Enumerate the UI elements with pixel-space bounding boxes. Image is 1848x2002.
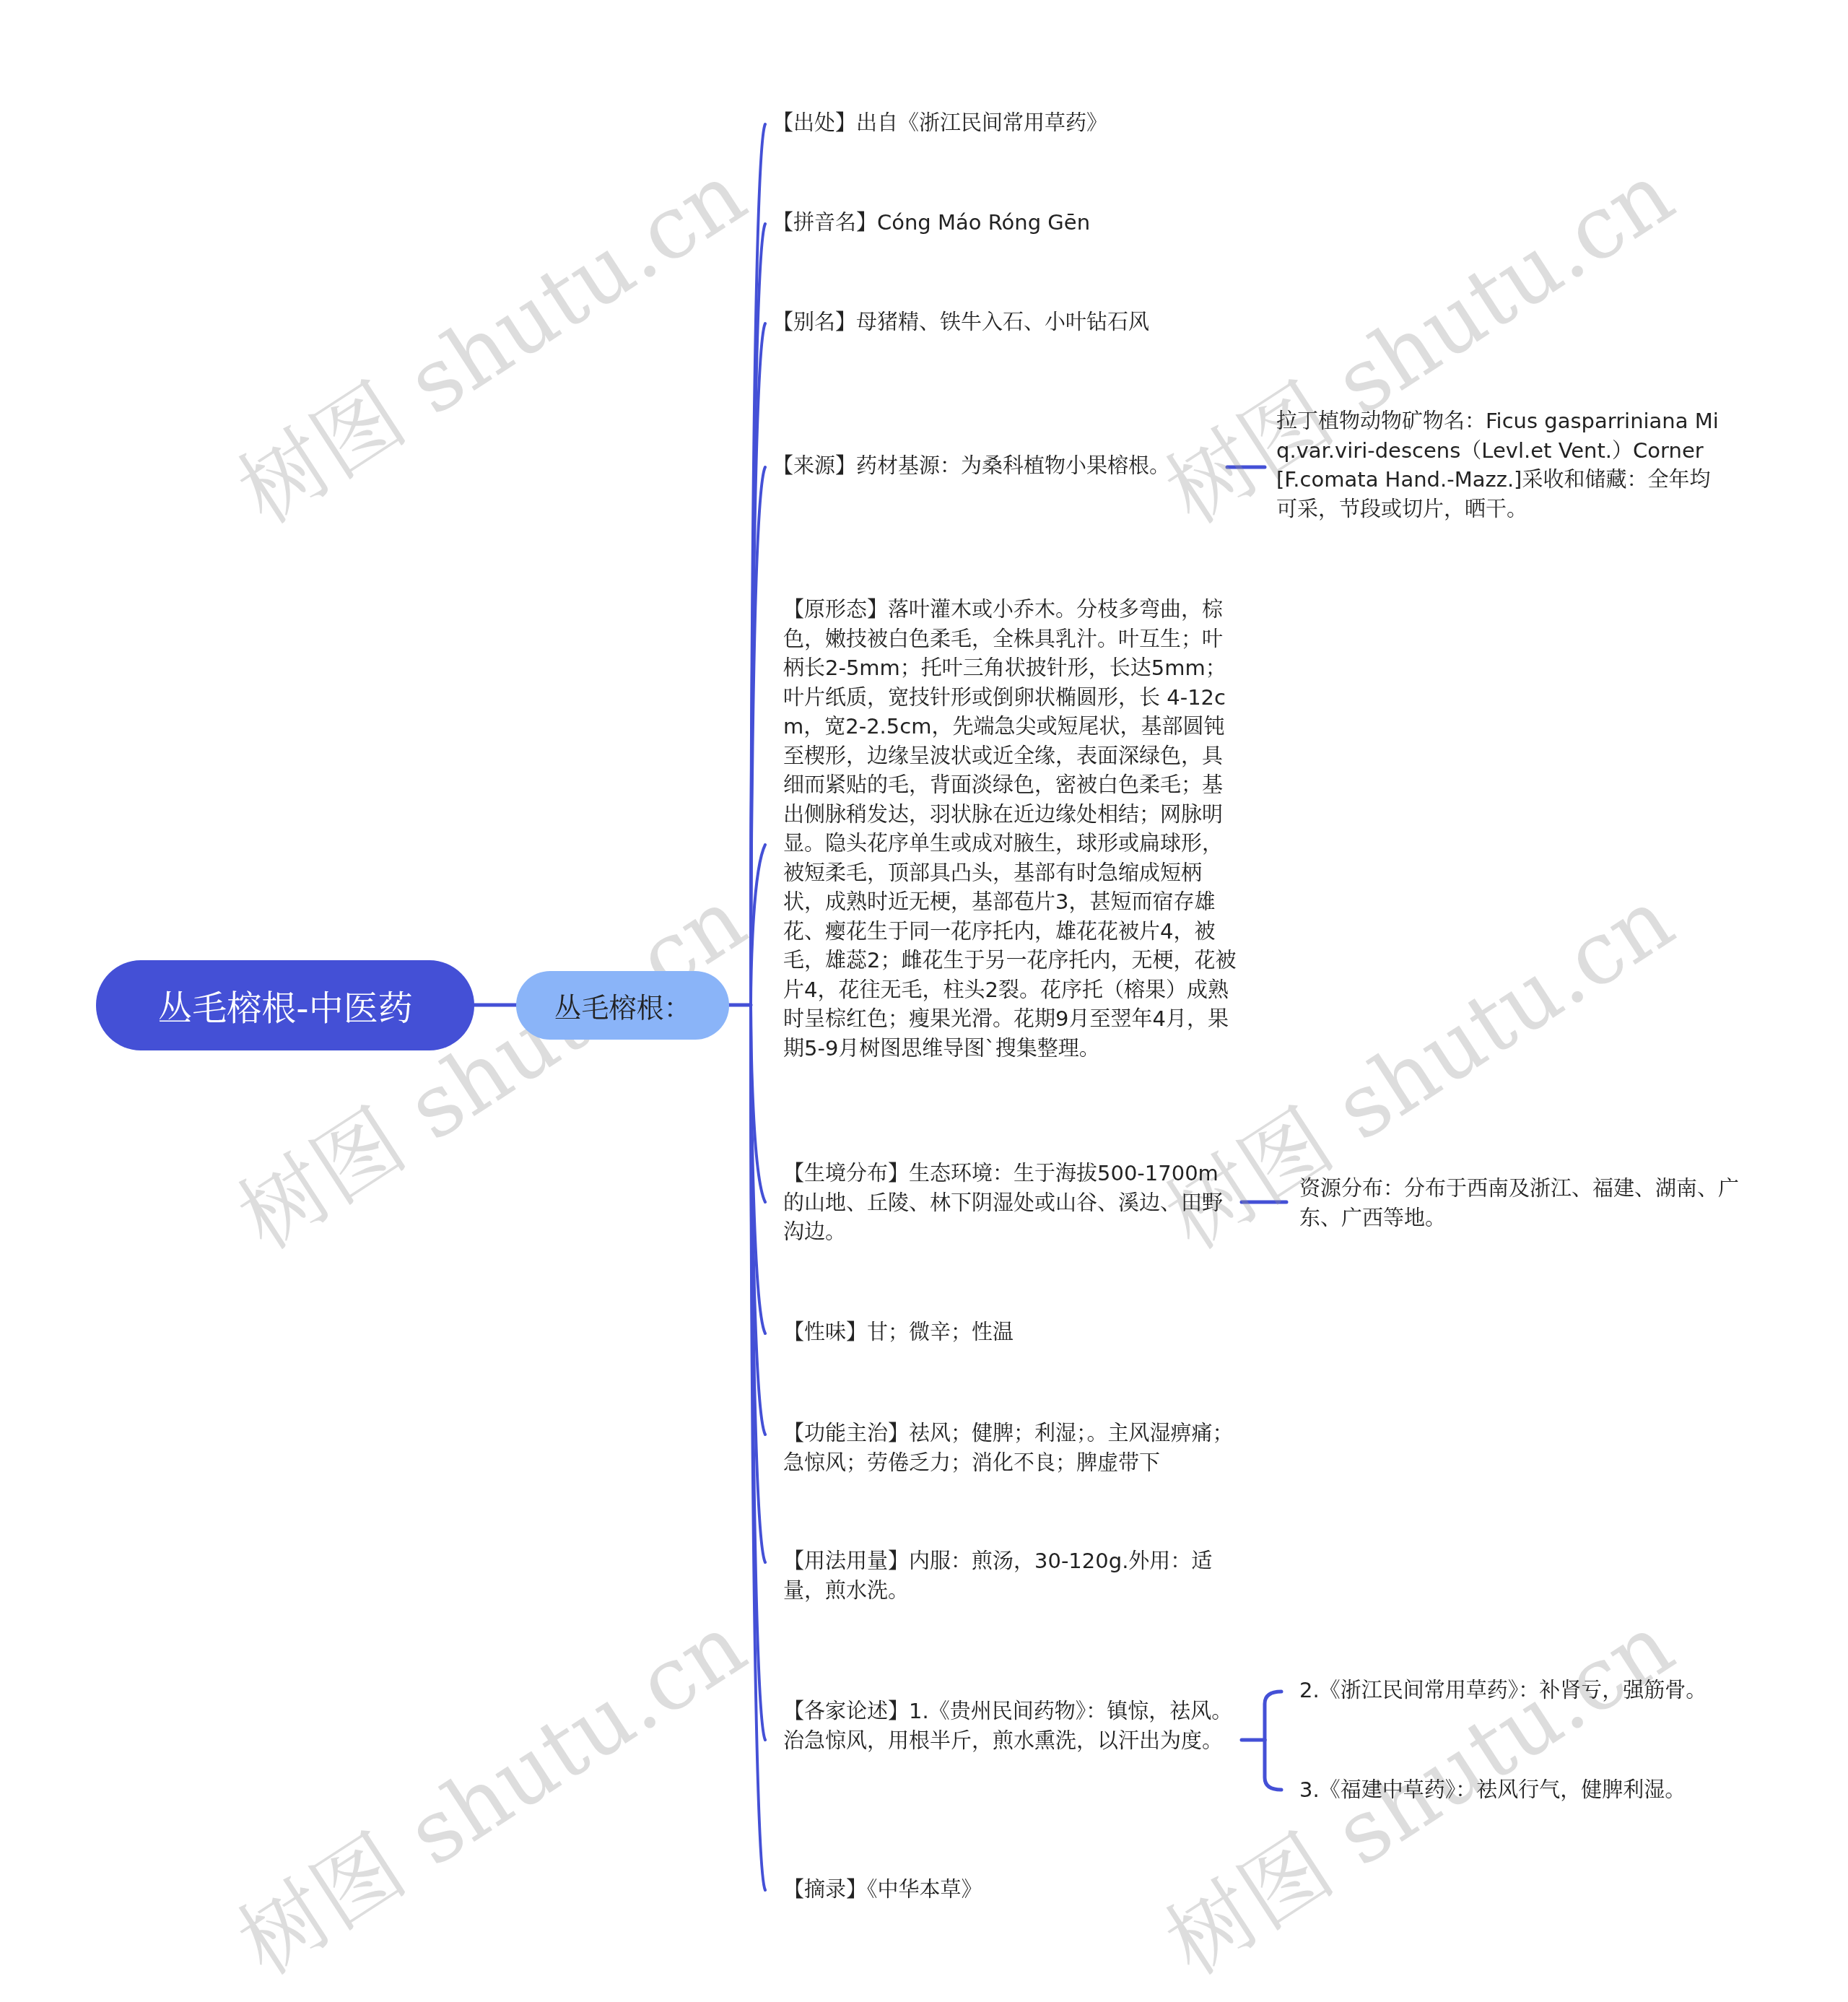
leaf-latin-name[interactable]: 拉丁植物动物矿物名：Ficus gasparriniana Miq.var.vi… [1276, 406, 1724, 523]
leaf-habitat[interactable]: 【生境分布】生态环境：生于海拔500-1700m的山地、丘陵、林下阴湿处或山谷、… [783, 1159, 1238, 1247]
sub-node[interactable]: 丛毛榕根： [516, 971, 729, 1040]
leaf-excerpt[interactable]: 【摘录】《中华本草》 [783, 1875, 1245, 1905]
root-node[interactable]: 丛毛榕根-中医药 [96, 960, 474, 1050]
sub-node-label: 丛毛榕根： [554, 985, 691, 1025]
leaf-resource-distribution[interactable]: 资源分布：分布于西南及浙江、福建、湖南、广东、广西等地。 [1299, 1174, 1747, 1232]
leaf-pinyin[interactable]: 【拼音名】Cóng Máo Róng Gēn [772, 208, 1234, 238]
leaf-function[interactable]: 【功能主治】祛风；健脾；利湿；。主风湿痹痛；急惊风；劳倦乏力；消化不良；脾虚带下 [783, 1419, 1238, 1477]
root-node-label: 丛毛榕根-中医药 [157, 980, 412, 1030]
leaf-nature[interactable]: 【性味】甘；微辛；性温 [783, 1318, 1238, 1347]
leaf-usage[interactable]: 【用法用量】内服：煎汤，30-120g.外用：适量，煎水洗。 [783, 1546, 1238, 1605]
leaf-morphology[interactable]: 【原形态】落叶灌木或小乔木。分枝多弯曲，棕色，嫩技被白色柔毛，全株具乳汁。叶互生… [783, 595, 1238, 1063]
leaf-alias[interactable]: 【别名】母猪精、铁牛入石、小叶钻石风 [772, 308, 1234, 337]
leaf-source[interactable]: 【出处】出自《浙江民间常用草药》 [772, 108, 1234, 138]
leaf-discussion-fujian[interactable]: 3.《福建中草药》：祛风行气，健脾利湿。 [1299, 1775, 1761, 1805]
leaf-origin[interactable]: 【来源】药材基源：为桑科植物小果榕根。 [772, 451, 1234, 481]
leaf-discussion[interactable]: 【各家论述】1.《贵州民间药物》：镇惊，祛风。治急惊风，用根半斤，煎水熏洗，以汗… [783, 1697, 1238, 1755]
leaf-discussion-zhejiang[interactable]: 2.《浙江民间常用草药》：补肾亏，强筋骨。 [1299, 1676, 1761, 1705]
